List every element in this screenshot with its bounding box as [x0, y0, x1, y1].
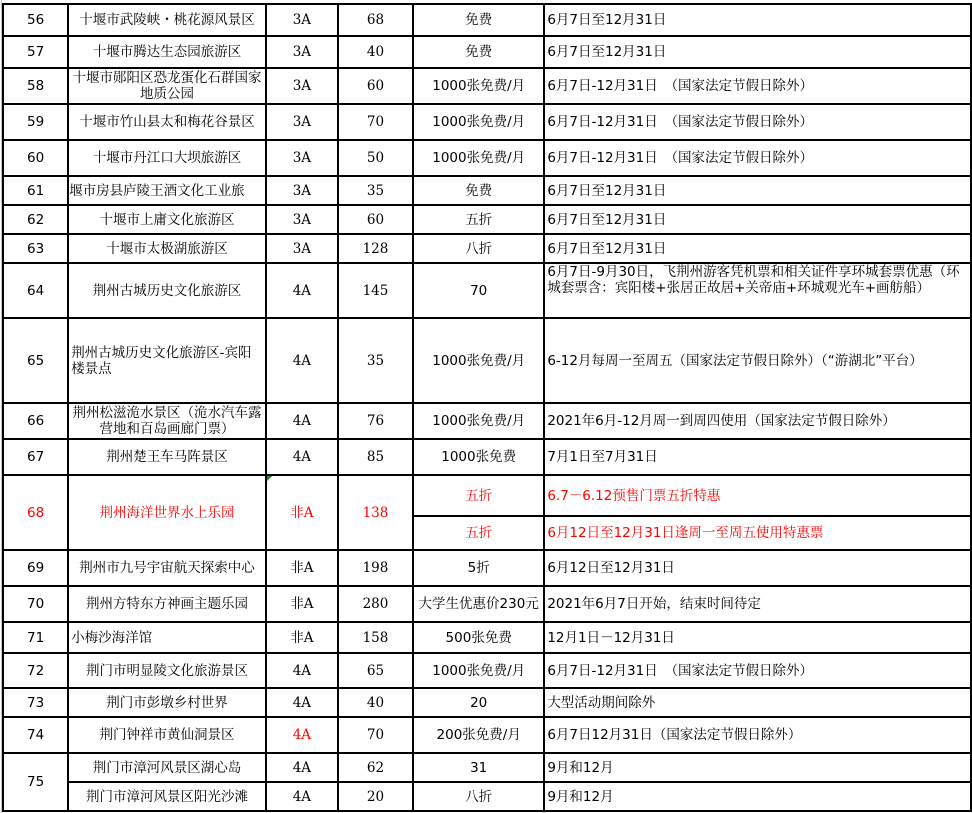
cell-no[interactable]: 70 — [3, 586, 68, 622]
cell-price[interactable]: 70 — [338, 104, 413, 140]
cell-price[interactable]: 40 — [338, 688, 413, 717]
cell-name[interactable]: 荆州楚王车马阵景区 — [68, 439, 266, 475]
comment-marker-icon — [267, 476, 272, 481]
cell-name[interactable]: 荆门市漳河风景区阳光沙滩 — [68, 782, 266, 811]
table-row: 70 荆州方特东方神画主题乐园 非A 280 大学生优惠价230元 2021年6… — [3, 586, 971, 622]
cell-grade[interactable]: 非A — [266, 586, 338, 622]
cell-grade-text: 非A — [290, 505, 313, 521]
cell-offer[interactable]: 八折 — [413, 234, 544, 263]
cell-period[interactable]: 6月7日12月31日（国家法定节假日除外） — [544, 717, 971, 753]
table-row: 67 荆州楚王车马阵景区 4A 85 1000张免费 7月1日至7月31日 — [3, 439, 971, 475]
cell-no[interactable]: 65 — [3, 318, 68, 403]
cell-offer[interactable]: 1000张免费 — [413, 439, 544, 475]
cell-period[interactable]: 6月7日至12月31日 — [544, 176, 971, 205]
cell-offer[interactable]: 1000张免费/月 — [413, 140, 544, 176]
table-row: 64 荆州古城历史文化旅游区 4A 145 70 6月7日-9月30日，飞荆州游… — [3, 263, 971, 318]
cell-name[interactable]: 堰市房县庐陵王酒文化工业旅 — [68, 176, 266, 205]
cell-no[interactable]: 58 — [3, 68, 68, 104]
cell-no[interactable]: 72 — [3, 653, 68, 688]
cell-name[interactable]: 荆门市漳河风景区湖心岛 — [68, 753, 266, 782]
table-row: 58 十堰市郧阳区恐龙蛋化石群国家地质公园 3A 60 1000张免费/月 6月… — [3, 68, 971, 104]
table-row: 74 荆门钟祥市黄仙洞景区 4A 70 200张免费/月 6月7日12月31日（… — [3, 717, 971, 753]
cell-period[interactable]: 6月7日至12月31日 — [544, 234, 971, 263]
cell-period[interactable]: 2021年6月-12月周一到周四使用（国家法定节假日除外） — [544, 403, 971, 439]
cell-price[interactable]: 76 — [338, 403, 413, 439]
cell-grade[interactable]: 4A — [266, 717, 338, 753]
cell-no[interactable]: 66 — [3, 403, 68, 439]
cell-period[interactable]: 7月1日至7月31日 — [544, 439, 971, 475]
cell-period[interactable]: 6.7－6.12预售门票五折特惠 — [544, 475, 971, 516]
cell-offer[interactable]: 200张免费/月 — [413, 717, 544, 753]
cell-offer[interactable]: 1000张免费/月 — [413, 318, 544, 403]
cell-offer[interactable]: 免费 — [413, 176, 544, 205]
cell-grade[interactable]: 3A — [266, 104, 338, 140]
cell-name[interactable]: 荆州方特东方神画主题乐园 — [68, 586, 266, 622]
cell-name[interactable]: 十堰市武陵峡・桃花源风景区 — [68, 4, 266, 36]
cell-no[interactable]: 56 — [3, 4, 68, 36]
cell-offer[interactable]: 1000张免费/月 — [413, 68, 544, 104]
cell-price[interactable]: 70 — [338, 717, 413, 753]
cell-no[interactable]: 63 — [3, 234, 68, 263]
cell-no[interactable]: 62 — [3, 205, 68, 234]
cell-grade[interactable]: 非A — [266, 550, 338, 586]
cell-price[interactable]: 68 — [338, 4, 413, 36]
cell-offer[interactable]: 500张免费 — [413, 622, 544, 653]
cell-period[interactable]: 6月7日至12月31日 — [544, 36, 971, 68]
cell-offer[interactable]: 免费 — [413, 4, 544, 36]
table-row: 57 十堰市腾达生态园旅游区 3A 40 免费 6月7日至12月31日 — [3, 36, 971, 68]
cell-name[interactable]: 十堰市郧阳区恐龙蛋化石群国家地质公园 — [68, 68, 266, 104]
cell-price[interactable]: 128 — [338, 234, 413, 263]
cell-price[interactable]: 50 — [338, 140, 413, 176]
scenic-spot-discount-table: 56 十堰市武陵峡・桃花源风景区 3A 68 免费 6月7日至12月31日 57… — [2, 3, 972, 812]
cell-period[interactable]: 12月1日－12月31日 — [544, 622, 971, 653]
cell-offer[interactable]: 31 — [413, 753, 544, 782]
table-row: 65 荆州古城历史文化旅游区-宾阳楼景点 4A 35 1000张免费/月 6-1… — [3, 318, 971, 403]
table-row: 72 荆门市明显陵文化旅游景区 4A 65 1000张免费/月 6月7日-12月… — [3, 653, 971, 688]
cell-period[interactable]: 6月7日-12月31日 （国家法定节假日除外） — [544, 104, 971, 140]
cell-price[interactable]: 35 — [338, 176, 413, 205]
cell-period[interactable]: 6-12月每周一至周五（国家法定节假日除外）（“游湖北”平台） — [544, 318, 971, 403]
cell-period[interactable]: 6月7日至12月31日 — [544, 205, 971, 234]
cell-offer[interactable]: 大学生优惠价230元 — [413, 586, 544, 622]
cell-grade[interactable]: 3A — [266, 234, 338, 263]
cell-name[interactable]: 十堰市太极湖旅游区 — [68, 234, 266, 263]
cell-name[interactable]: 荆州市九号宇宙航天探索中心 — [68, 550, 266, 586]
table-row: 63 十堰市太极湖旅游区 3A 128 八折 6月7日至12月31日 — [3, 234, 971, 263]
cell-offer[interactable]: 1000张免费/月 — [413, 104, 544, 140]
table-row: 62 十堰市上庸文化旅游区 3A 60 五折 6月7日至12月31日 — [3, 205, 971, 234]
cell-grade[interactable]: 4A — [266, 753, 338, 782]
cell-period[interactable]: 6月7日-12月31日 （国家法定节假日除外） — [544, 68, 971, 104]
cell-grade[interactable]: 3A — [266, 176, 338, 205]
table-row: 71 小梅沙海洋馆 非A 158 500张免费 12月1日－12月31日 — [3, 622, 971, 653]
cell-price[interactable]: 85 — [338, 439, 413, 475]
cell-name[interactable]: 十堰市丹江口大坝旅游区 — [68, 140, 266, 176]
cell-name[interactable]: 荆门市彭墩乡村世界 — [68, 688, 266, 717]
cell-offer[interactable]: 五折 — [413, 205, 544, 234]
cell-no[interactable]: 73 — [3, 688, 68, 717]
cell-no[interactable]: 59 — [3, 104, 68, 140]
table-row: 66 荆州松滋洈水景区（洈水汽车露营地和百岛画廊门票） 4A 76 1000张免… — [3, 403, 971, 439]
cell-grade[interactable]: 非A — [266, 622, 338, 653]
cell-price[interactable]: 198 — [338, 550, 413, 586]
cell-grade[interactable]: 3A — [266, 36, 338, 68]
table-row-sub: 荆门市漳河风景区阳光沙滩 4A 20 八折 9月和12月 — [3, 782, 971, 811]
cell-offer[interactable]: 70 — [413, 263, 544, 318]
cell-name[interactable]: 荆州海洋世界水上乐园 — [68, 475, 266, 550]
cell-grade[interactable]: 3A — [266, 205, 338, 234]
cell-name[interactable]: 十堰市上庸文化旅游区 — [68, 205, 266, 234]
cell-no[interactable]: 68 — [3, 475, 68, 550]
cell-name[interactable]: 荆门市明显陵文化旅游景区 — [68, 653, 266, 688]
cell-offer[interactable]: 20 — [413, 688, 544, 717]
cell-offer[interactable]: 免费 — [413, 36, 544, 68]
cell-price[interactable]: 60 — [338, 205, 413, 234]
cell-name[interactable]: 十堰市腾达生态园旅游区 — [68, 36, 266, 68]
cell-price[interactable]: 145 — [338, 263, 413, 318]
cell-grade[interactable]: 4A — [266, 403, 338, 439]
cell-price[interactable]: 280 — [338, 586, 413, 622]
cell-name[interactable]: 荆州古城历史文化旅游区-宾阳楼景点 — [68, 318, 266, 403]
cell-price[interactable]: 40 — [338, 36, 413, 68]
cell-period[interactable]: 6月7日-12月31日 （国家法定节假日除外） — [544, 140, 971, 176]
table-row: 61 堰市房县庐陵王酒文化工业旅 3A 35 免费 6月7日至12月31日 — [3, 176, 971, 205]
cell-grade[interactable]: 4A — [266, 439, 338, 475]
table-row-highlighted: 68 荆州海洋世界水上乐园 非A 138 五折 6.7－6.12预售门票五折特惠 — [3, 475, 971, 516]
table-row: 75 荆门市漳河风景区湖心岛 4A 62 31 9月和12月 — [3, 753, 971, 782]
cell-grade[interactable]: 4A — [266, 782, 338, 811]
cell-price[interactable]: 65 — [338, 653, 413, 688]
cell-name[interactable]: 荆门钟祥市黄仙洞景区 — [68, 717, 266, 753]
cell-offer[interactable]: 五折 — [413, 516, 544, 550]
cell-grade[interactable]: 4A — [266, 688, 338, 717]
cell-name[interactable]: 小梅沙海洋馆 — [68, 622, 266, 653]
cell-period[interactable]: 6月12日至12月31日逢周一至周五使用特惠票 — [544, 516, 971, 550]
cell-price[interactable]: 20 — [338, 782, 413, 811]
table-row: 60 十堰市丹江口大坝旅游区 3A 50 1000张免费/月 6月7日-12月3… — [3, 140, 971, 176]
cell-no[interactable]: 57 — [3, 36, 68, 68]
cell-period[interactable]: 9月和12月 — [544, 753, 971, 782]
cell-price[interactable]: 158 — [338, 622, 413, 653]
cell-no[interactable]: 64 — [3, 263, 68, 318]
cell-grade[interactable]: 3A — [266, 4, 338, 36]
cell-grade[interactable]: 4A — [266, 318, 338, 403]
cell-offer[interactable]: 八折 — [413, 782, 544, 811]
cell-period[interactable]: 2021年6月7日开始，结束时间待定 — [544, 586, 971, 622]
cell-offer[interactable]: 1000张免费/月 — [413, 403, 544, 439]
cell-name[interactable]: 荆州古城历史文化旅游区 — [68, 263, 266, 318]
cell-no[interactable]: 74 — [3, 717, 68, 753]
cell-period[interactable]: 9月和12月 — [544, 782, 971, 811]
cell-offer[interactable]: 1000张免费/月 — [413, 653, 544, 688]
cell-grade[interactable]: 3A — [266, 140, 338, 176]
table-row: 73 荆门市彭墩乡村世界 4A 40 20 大型活动期间除外 — [3, 688, 971, 717]
cell-grade[interactable]: 非A — [266, 475, 338, 550]
cell-period[interactable]: 6月7日至12月31日 — [544, 4, 971, 36]
cell-offer[interactable]: 五折 — [413, 475, 544, 516]
cell-price[interactable]: 138 — [338, 475, 413, 550]
cell-name[interactable]: 十堰市竹山县太和梅花谷景区 — [68, 104, 266, 140]
cell-grade[interactable]: 4A — [266, 653, 338, 688]
table-row: 56 十堰市武陵峡・桃花源风景区 3A 68 免费 6月7日至12月31日 — [3, 4, 971, 36]
table-row: 59 十堰市竹山县太和梅花谷景区 3A 70 1000张免费/月 6月7日-12… — [3, 104, 971, 140]
cell-no[interactable]: 60 — [3, 140, 68, 176]
cell-price[interactable]: 35 — [338, 318, 413, 403]
cell-period[interactable]: 大型活动期间除外 — [544, 688, 971, 717]
cell-period[interactable]: 6月12日至12月31日 — [544, 550, 971, 586]
cell-no[interactable]: 67 — [3, 439, 68, 475]
cell-name[interactable]: 荆州松滋洈水景区（洈水汽车露营地和百岛画廊门票） — [68, 403, 266, 439]
cell-price[interactable]: 60 — [338, 68, 413, 104]
cell-grade[interactable]: 4A — [266, 263, 338, 318]
cell-no[interactable]: 71 — [3, 622, 68, 653]
cell-no[interactable]: 75 — [3, 753, 68, 811]
cell-period[interactable]: 6月7日-12月31日 （国家法定节假日除外） — [544, 653, 971, 688]
cell-no[interactable]: 61 — [3, 176, 68, 205]
cell-no[interactable]: 69 — [3, 550, 68, 586]
table-row: 69 荆州市九号宇宙航天探索中心 非A 198 5折 6月12日至12月31日 — [3, 550, 971, 586]
cell-period[interactable]: 6月7日-9月30日，飞荆州游客凭机票和相关证件享环城套票优惠（环城套票含：宾阳… — [544, 263, 971, 318]
cell-offer[interactable]: 5折 — [413, 550, 544, 586]
cell-price[interactable]: 62 — [338, 753, 413, 782]
cell-grade[interactable]: 3A — [266, 68, 338, 104]
